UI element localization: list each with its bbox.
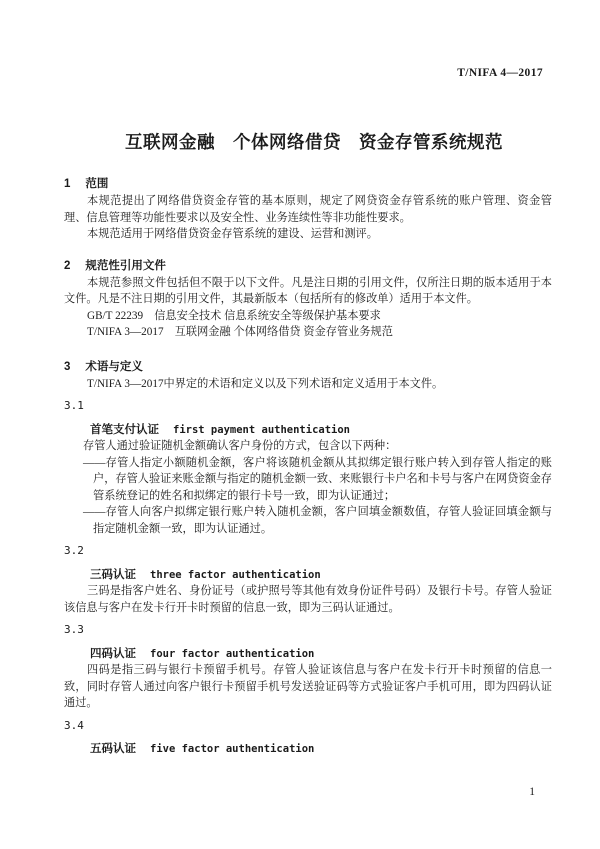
paragraph: 本规范参照文件包括但不限于以下文件。凡是注日期的引用文件，仅所注日期的版本适用于… (64, 275, 552, 308)
term-en: four factor authentication (150, 648, 314, 660)
paragraph: 本规范提出了网络借贷资金存管的基本原则，规定了网贷资金存管系统的账户管理、资金管… (64, 193, 552, 226)
term-number: 3.1 (64, 398, 552, 415)
section-3-heading: 3术语与定义 (64, 359, 552, 376)
section-3-number: 3 (64, 359, 70, 376)
term-number: 3.2 (64, 543, 552, 560)
document-body: 1范围 本规范提出了网络借贷资金存管的基本原则，规定了网贷资金存管系统的账户管理… (0, 176, 600, 758)
term-number: 3.3 (64, 622, 552, 639)
list-item: ——存管人指定小额随机金额，客户将该随机金额从其拟绑定银行账户转入到存管人指定的… (64, 455, 552, 505)
term-en: three factor authentication (150, 569, 321, 581)
term-definition: 四码是指三码与银行卡预留手机号。存管人验证该信息与客户在发卡行开卡时预留的信息一… (64, 662, 552, 712)
term-en: first payment authentication (173, 424, 350, 436)
document-page: T/NIFA 4—2017 互联网金融 个体网络借贷 资金存管系统规范 1范围 … (0, 0, 600, 849)
term-zh: 四码认证 (90, 648, 136, 660)
term-name: 五码认证five factor authentication (64, 740, 552, 758)
section-2-number: 2 (64, 258, 70, 275)
section-1-number: 1 (64, 176, 70, 193)
reference-item: GB/T 22239 信息安全技术 信息系统安全等级保护基本要求 (64, 308, 552, 325)
doc-code: T/NIFA 4—2017 (0, 0, 600, 80)
list-item: ——存管人向客户拟绑定银行账户转入随机金额，客户回填金额数值，存管人验证回填金额… (64, 504, 552, 537)
term-zh: 五码认证 (90, 743, 136, 755)
term-name: 四码认证four factor authentication (64, 645, 552, 663)
term-zh: 首笔支付认证 (90, 424, 159, 436)
term-definition: 三码是指客户姓名、身份证号（或护照号等其他有效身份证件号码）及银行卡号。存管人验… (64, 583, 552, 616)
term-number: 3.4 (64, 718, 552, 735)
section-2-heading: 2规范性引用文件 (64, 258, 552, 275)
reference-item: T/NIFA 3—2017 互联网金融 个体网络借贷 资金存管业务规范 (64, 324, 552, 341)
section-2-title: 规范性引用文件 (85, 260, 166, 272)
paragraph: T/NIFA 3—2017中界定的术语和定义以及下列术语和定义适用于本文件。 (64, 376, 552, 393)
term-en: five factor authentication (150, 743, 314, 755)
page-number: 1 (529, 785, 535, 799)
section-1-heading: 1范围 (64, 176, 552, 193)
paragraph: 本规范适用于网络借贷资金存管系统的建设、运营和测评。 (64, 226, 552, 243)
term-name: 三码认证three factor authentication (64, 566, 552, 584)
term-zh: 三码认证 (90, 569, 136, 581)
section-3-title: 术语与定义 (85, 361, 143, 373)
document-title: 互联网金融 个体网络借贷 资金存管系统规范 (48, 129, 580, 155)
term-definition: 存管人通过验证随机金额确认客户身份的方式，包含以下两种： (83, 438, 552, 455)
section-1-title: 范围 (85, 178, 108, 190)
term-name: 首笔支付认证first payment authentication (64, 421, 552, 439)
